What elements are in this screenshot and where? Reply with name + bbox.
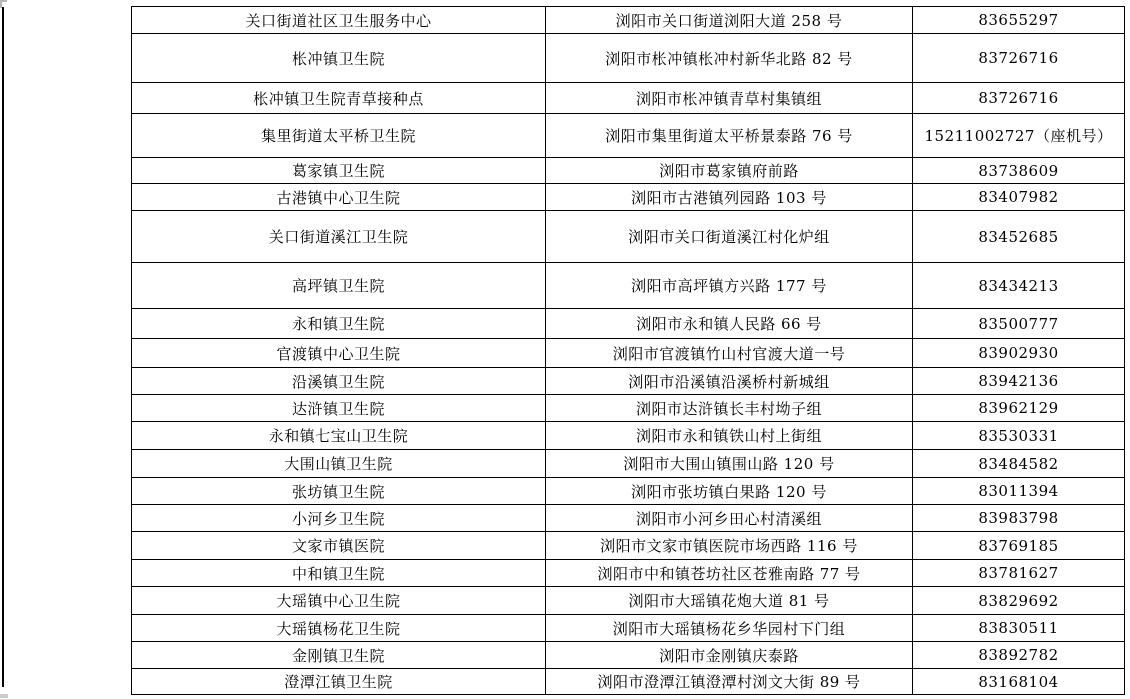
address-cell: 浏阳市大瑶镇杨花乡华园村下门组 (546, 615, 913, 642)
table-body: 关口街道社区卫生服务中心浏阳市关口街道浏阳大道 258 号83655297枨冲镇… (132, 7, 1125, 695)
address-cell: 浏阳市高坪镇方兴路 177 号 (546, 263, 913, 309)
facility-name-cell: 古港镇中心卫生院 (132, 184, 546, 211)
address-cell: 浏阳市金刚镇庆泰路 (546, 642, 913, 669)
address-cell: 浏阳市官渡镇竹山村官渡大道一号 (546, 339, 913, 368)
table-row: 官渡镇中心卫生院浏阳市官渡镇竹山村官渡大道一号83902930 (132, 339, 1125, 368)
address-cell: 浏阳市中和镇苍坊社区苍雅南路 77 号 (546, 560, 913, 587)
facility-name-cell: 张坊镇卫生院 (132, 478, 546, 505)
phone-cell: 83530331 (913, 422, 1125, 450)
address-cell: 浏阳市永和镇铁山村上街组 (546, 422, 913, 450)
phone-cell: 83769185 (913, 532, 1125, 560)
phone-cell: 83829692 (913, 587, 1125, 615)
table-row: 澄潭江镇卫生院浏阳市澄潭江镇澄潭村浏文大街 89 号83168104 (132, 669, 1125, 695)
table-row: 文家市镇医院浏阳市文家市镇医院市场西路 116 号83769185 (132, 532, 1125, 560)
table-row: 古港镇中心卫生院浏阳市古港镇列园路 103 号83407982 (132, 184, 1125, 211)
bottom-left-corner-artifact (0, 694, 8, 698)
facility-name-cell: 金刚镇卫生院 (132, 642, 546, 669)
facility-name-cell: 关口街道社区卫生服务中心 (132, 7, 546, 34)
facility-name-cell: 枨冲镇卫生院青草接种点 (132, 83, 546, 114)
address-cell: 浏阳市关口街道溪江村化炉组 (546, 211, 913, 263)
table-row: 达浒镇卫生院浏阳市达浒镇长丰村坳子组83962129 (132, 395, 1125, 422)
table-row: 永和镇卫生院浏阳市永和镇人民路 66 号83500777 (132, 309, 1125, 339)
phone-cell: 83962129 (913, 395, 1125, 422)
phone-cell: 83726716 (913, 34, 1125, 83)
facility-name-cell: 高坪镇卫生院 (132, 263, 546, 309)
facility-name-cell: 枨冲镇卫生院 (132, 34, 546, 83)
table-row: 关口街道溪江卫生院浏阳市关口街道溪江村化炉组83452685 (132, 211, 1125, 263)
address-cell: 浏阳市大围山镇围山路 120 号 (546, 450, 913, 478)
table-row: 小河乡卫生院浏阳市小河乡田心村清溪组83983798 (132, 505, 1125, 532)
phone-cell: 83830511 (913, 615, 1125, 642)
address-cell: 浏阳市文家市镇医院市场西路 116 号 (546, 532, 913, 560)
facility-name-cell: 大瑶镇中心卫生院 (132, 587, 546, 615)
phone-cell: 83500777 (913, 309, 1125, 339)
facility-name-cell: 大瑶镇杨花卫生院 (132, 615, 546, 642)
table-row: 大瑶镇中心卫生院浏阳市大瑶镇花炮大道 81 号83829692 (132, 587, 1125, 615)
table-row: 高坪镇卫生院浏阳市高坪镇方兴路 177 号83434213 (132, 263, 1125, 309)
facility-name-cell: 集里街道太平桥卫生院 (132, 114, 546, 158)
phone-cell: 83434213 (913, 263, 1125, 309)
facility-name-cell: 大围山镇卫生院 (132, 450, 546, 478)
facility-name-cell: 达浒镇卫生院 (132, 395, 546, 422)
table-row: 枨冲镇卫生院青草接种点浏阳市枨冲镇青草村集镇组83726716 (132, 83, 1125, 114)
phone-cell: 83452685 (913, 211, 1125, 263)
health-facilities-table: 关口街道社区卫生服务中心浏阳市关口街道浏阳大道 258 号83655297枨冲镇… (131, 6, 1125, 695)
phone-cell: 83655297 (913, 7, 1125, 34)
table-row: 枨冲镇卫生院浏阳市枨冲镇枨冲村新华北路 82 号83726716 (132, 34, 1125, 83)
phone-cell: 83892782 (913, 642, 1125, 669)
address-cell: 浏阳市小河乡田心村清溪组 (546, 505, 913, 532)
address-cell: 浏阳市达浒镇长丰村坳子组 (546, 395, 913, 422)
phone-cell: 83983798 (913, 505, 1125, 532)
address-cell: 浏阳市永和镇人民路 66 号 (546, 309, 913, 339)
phone-cell: 83484582 (913, 450, 1125, 478)
table-row: 葛家镇卫生院浏阳市葛家镇府前路83738609 (132, 158, 1125, 184)
address-cell: 浏阳市关口街道浏阳大道 258 号 (546, 7, 913, 34)
facility-name-cell: 小河乡卫生院 (132, 505, 546, 532)
phone-cell: 83781627 (913, 560, 1125, 587)
address-cell: 浏阳市枨冲镇枨冲村新华北路 82 号 (546, 34, 913, 83)
facility-name-cell: 文家市镇医院 (132, 532, 546, 560)
address-cell: 浏阳市古港镇列园路 103 号 (546, 184, 913, 211)
address-cell: 浏阳市葛家镇府前路 (546, 158, 913, 184)
address-cell: 浏阳市集里街道太平桥景泰路 76 号 (546, 114, 913, 158)
table-row: 大瑶镇杨花卫生院浏阳市大瑶镇杨花乡华园村下门组83830511 (132, 615, 1125, 642)
facility-name-cell: 葛家镇卫生院 (132, 158, 546, 184)
address-cell: 浏阳市澄潭江镇澄潭村浏文大街 89 号 (546, 669, 913, 695)
table-row: 大围山镇卫生院浏阳市大围山镇围山路 120 号83484582 (132, 450, 1125, 478)
phone-cell: 83902930 (913, 339, 1125, 368)
facility-name-cell: 官渡镇中心卫生院 (132, 339, 546, 368)
facility-name-cell: 沿溪镇卫生院 (132, 368, 546, 395)
table-row: 沿溪镇卫生院浏阳市沿溪镇沿溪桥村新城组83942136 (132, 368, 1125, 395)
facility-name-cell: 永和镇七宝山卫生院 (132, 422, 546, 450)
phone-cell: 15211002727（座机号） (913, 114, 1125, 158)
facility-name-cell: 关口街道溪江卫生院 (132, 211, 546, 263)
address-cell: 浏阳市张坊镇白果路 120 号 (546, 478, 913, 505)
table-row: 金刚镇卫生院浏阳市金刚镇庆泰路83892782 (132, 642, 1125, 669)
facility-name-cell: 永和镇卫生院 (132, 309, 546, 339)
address-cell: 浏阳市枨冲镇青草村集镇组 (546, 83, 913, 114)
phone-cell: 83726716 (913, 83, 1125, 114)
phone-cell: 83738609 (913, 158, 1125, 184)
facility-name-cell: 中和镇卫生院 (132, 560, 546, 587)
facility-name-cell: 澄潭江镇卫生院 (132, 669, 546, 695)
address-cell: 浏阳市沿溪镇沿溪桥村新城组 (546, 368, 913, 395)
phone-cell: 83407982 (913, 184, 1125, 211)
table-row: 集里街道太平桥卫生院浏阳市集里街道太平桥景泰路 76 号15211002727（… (132, 114, 1125, 158)
table-row: 张坊镇卫生院浏阳市张坊镇白果路 120 号83011394 (132, 478, 1125, 505)
phone-cell: 83942136 (913, 368, 1125, 395)
table-row: 中和镇卫生院浏阳市中和镇苍坊社区苍雅南路 77 号83781627 (132, 560, 1125, 587)
left-page-rule (2, 7, 4, 687)
document-page: 关口街道社区卫生服务中心浏阳市关口街道浏阳大道 258 号83655297枨冲镇… (0, 0, 1130, 699)
address-cell: 浏阳市大瑶镇花炮大道 81 号 (546, 587, 913, 615)
phone-cell: 83168104 (913, 669, 1125, 695)
table-row: 关口街道社区卫生服务中心浏阳市关口街道浏阳大道 258 号83655297 (132, 7, 1125, 34)
table-row: 永和镇七宝山卫生院浏阳市永和镇铁山村上街组83530331 (132, 422, 1125, 450)
phone-cell: 83011394 (913, 478, 1125, 505)
